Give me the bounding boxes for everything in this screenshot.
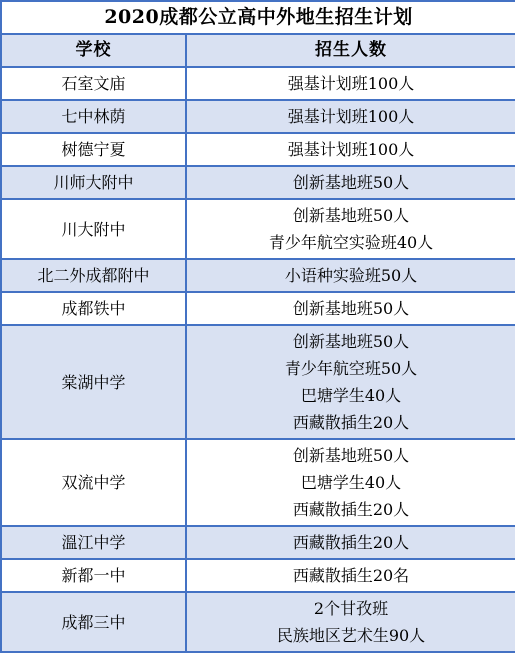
table-row: 棠湖中学 创新基地班50人青少年航空班50人巴塘学生40人西藏散插生20人 xyxy=(1,325,515,439)
school-cell: 成都铁中 xyxy=(1,292,186,325)
plan-line: 西藏散插生20人 xyxy=(191,496,511,523)
column-header-plan: 招生人数 xyxy=(186,34,515,67)
plan-cell: 创新基地班50人 xyxy=(186,166,515,199)
school-cell: 川大附中 xyxy=(1,199,186,259)
school-cell: 七中林荫 xyxy=(1,100,186,133)
plan-cell: 强基计划班100人 xyxy=(186,100,515,133)
plan-cell: 西藏散插生20名 xyxy=(186,559,515,592)
plan-line: 创新基地班50人 xyxy=(191,328,511,355)
plan-cell: 强基计划班100人 xyxy=(186,67,515,100)
table-row: 树德宁夏 强基计划班100人 xyxy=(1,133,515,166)
table-row: 川师大附中 创新基地班50人 xyxy=(1,166,515,199)
school-cell: 石室文庙 xyxy=(1,67,186,100)
plan-line: 西藏散插生20人 xyxy=(191,529,511,556)
plan-cell: 西藏散插生20人 xyxy=(186,526,515,559)
plan-line: 创新基地班50人 xyxy=(191,442,511,469)
plan-line: 民族地区艺术生90人 xyxy=(191,622,511,649)
column-header-school: 学校 xyxy=(1,34,186,67)
plan-cell: 创新基地班50人青少年航空实验班40人 xyxy=(186,199,515,259)
plan-line: 强基计划班100人 xyxy=(191,70,511,97)
plan-cell: 2个甘孜班民族地区艺术生90人 xyxy=(186,592,515,652)
school-cell: 双流中学 xyxy=(1,439,186,526)
table-row: 双流中学 创新基地班50人巴塘学生40人西藏散插生20人 xyxy=(1,439,515,526)
plan-line: 创新基地班50人 xyxy=(191,169,511,196)
table-row: 新都一中 西藏散插生20名 xyxy=(1,559,515,592)
plan-line: 2个甘孜班 xyxy=(191,595,511,622)
school-cell: 棠湖中学 xyxy=(1,325,186,439)
school-cell: 树德宁夏 xyxy=(1,133,186,166)
plan-line: 巴塘学生40人 xyxy=(191,382,511,409)
plan-line: 西藏散插生20人 xyxy=(191,409,511,436)
school-cell: 新都一中 xyxy=(1,559,186,592)
plan-cell: 创新基地班50人 xyxy=(186,292,515,325)
table-head: 2020成都公立高中外地生招生计划 学校 招生人数 xyxy=(1,1,515,67)
plan-cell: 强基计划班100人 xyxy=(186,133,515,166)
school-cell: 川师大附中 xyxy=(1,166,186,199)
table-body: 石室文庙 强基计划班100人 七中林荫 强基计划班100人 树德宁夏 强基计划班… xyxy=(1,67,515,652)
plan-line: 创新基地班50人 xyxy=(191,202,511,229)
plan-cell: 创新基地班50人青少年航空班50人巴塘学生40人西藏散插生20人 xyxy=(186,325,515,439)
enrollment-table: 2020成都公立高中外地生招生计划 学校 招生人数 石室文庙 强基计划班100人… xyxy=(0,0,515,653)
plan-cell: 小语种实验班50人 xyxy=(186,259,515,292)
plan-line: 青少年航空实验班40人 xyxy=(191,229,511,256)
school-cell: 北二外成都附中 xyxy=(1,259,186,292)
plan-line: 小语种实验班50人 xyxy=(191,262,511,289)
table-title-row: 2020成都公立高中外地生招生计划 xyxy=(1,1,515,34)
school-cell: 成都三中 xyxy=(1,592,186,652)
table-row: 川大附中 创新基地班50人青少年航空实验班40人 xyxy=(1,199,515,259)
table-row: 七中林荫 强基计划班100人 xyxy=(1,100,515,133)
table-row: 成都铁中 创新基地班50人 xyxy=(1,292,515,325)
plan-cell: 创新基地班50人巴塘学生40人西藏散插生20人 xyxy=(186,439,515,526)
table-row: 北二外成都附中 小语种实验班50人 xyxy=(1,259,515,292)
school-cell: 溫江中学 xyxy=(1,526,186,559)
plan-line: 巴塘学生40人 xyxy=(191,469,511,496)
plan-line: 创新基地班50人 xyxy=(191,295,511,322)
table-header-row: 学校 招生人数 xyxy=(1,34,515,67)
plan-line: 青少年航空班50人 xyxy=(191,355,511,382)
plan-line: 强基计划班100人 xyxy=(191,103,511,130)
table-row: 成都三中 2个甘孜班民族地区艺术生90人 xyxy=(1,592,515,652)
table-title: 2020成都公立高中外地生招生计划 xyxy=(1,1,515,34)
table-row: 溫江中学 西藏散插生20人 xyxy=(1,526,515,559)
plan-line: 西藏散插生20名 xyxy=(191,562,511,589)
table-row: 石室文庙 强基计划班100人 xyxy=(1,67,515,100)
plan-line: 强基计划班100人 xyxy=(191,136,511,163)
